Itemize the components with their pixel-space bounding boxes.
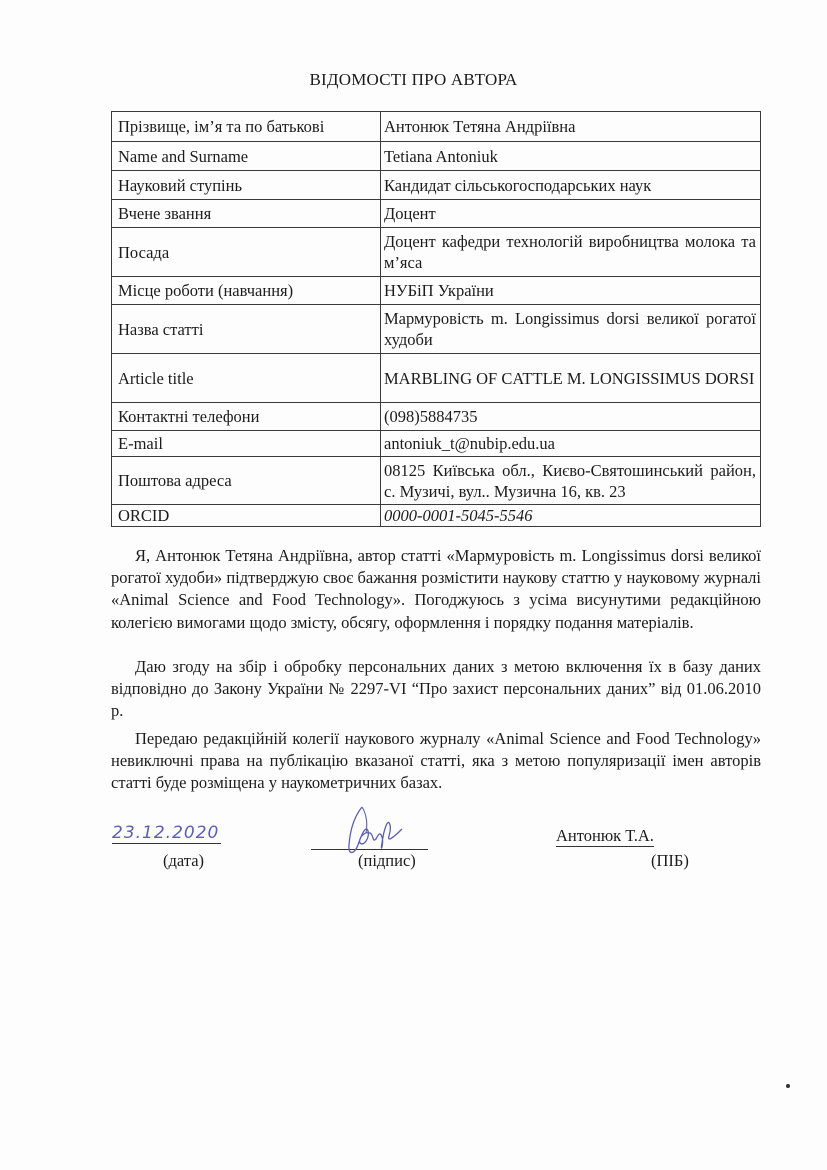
table-row: ORCID0000-0001-5045-5546	[112, 505, 761, 527]
table-row: Місце роботи (навчання)НУБіП України	[112, 277, 761, 305]
field-label: Вчене звання	[112, 200, 381, 228]
author-info-table: Прізвище, ім’я та по батьковіАнтонюк Тет…	[111, 111, 761, 527]
field-label: Місце роботи (навчання)	[112, 277, 381, 305]
field-label: Контактні телефони	[112, 403, 381, 431]
field-value: 08125 Київська обл., Києво-Святошинський…	[381, 457, 761, 505]
name-caption: (ПІБ)	[651, 851, 689, 871]
date-caption: (дата)	[163, 851, 204, 871]
table-row: Науковий ступіньКандидат сільськогоспода…	[112, 171, 761, 200]
table-row: E-mailantoniuk_t@nubip.edu.ua	[112, 431, 761, 457]
date-field: 23.12.2020	[112, 823, 221, 843]
consent-paragraph-1: Я, Антонюк Тетяна Андріївна, автор статт…	[111, 545, 761, 634]
field-value: Кандидат сільськогосподарських наук	[381, 171, 761, 200]
field-label: Назва статті	[112, 305, 381, 354]
handwritten-date: 23.12.2020	[112, 823, 221, 844]
table-row: Прізвище, ім’я та по батьковіАнтонюк Тет…	[112, 112, 761, 142]
field-value: Tetiana Antoniuk	[381, 142, 761, 171]
field-label: Посада	[112, 228, 381, 277]
field-label: Name and Surname	[112, 142, 381, 171]
field-value: Антонюк Тетяна Андріївна	[381, 112, 761, 142]
table-row: Назва статтіМармуровість m. Longissimus …	[112, 305, 761, 354]
consent-paragraph-3: Передаю редакційній колегії наукового жу…	[111, 728, 761, 795]
table-row: Поштова адреса08125 Київська обл., Києво…	[112, 457, 761, 505]
field-value: Доцент	[381, 200, 761, 228]
scan-speck	[786, 1084, 790, 1088]
consent-paragraph-2: Даю згоду на збір і обробку персональних…	[111, 656, 761, 723]
author-name: Антонюк Т.А.	[556, 826, 654, 847]
field-label: ORCID	[112, 505, 381, 527]
field-value: MARBLING OF CATTLE M. LONGISSIMUS DORSI	[381, 354, 761, 403]
field-value: (098)5884735	[381, 403, 761, 431]
field-label: Поштова адреса	[112, 457, 381, 505]
table-row: Article titleMARBLING OF CATTLE M. LONGI…	[112, 354, 761, 403]
field-value: antoniuk_t@nubip.edu.ua	[381, 431, 761, 457]
table-row: ПосадаДоцент кафедри технологій виробниц…	[112, 228, 761, 277]
field-value: 0000-0001-5045-5546	[381, 505, 761, 527]
field-label: Article title	[112, 354, 381, 403]
field-value: Доцент кафедри технологій виробництва мо…	[381, 228, 761, 277]
document-title: ВІДОМОСТІ ПРО АВТОРА	[0, 70, 827, 90]
signature-caption: (підпис)	[358, 851, 416, 871]
field-label: Прізвище, ім’я та по батькові	[112, 112, 381, 142]
table-row: Контактні телефони(098)5884735	[112, 403, 761, 431]
field-value: Мармуровість m. Longissimus dorsi велико…	[381, 305, 761, 354]
field-label: E-mail	[112, 431, 381, 457]
field-label: Науковий ступінь	[112, 171, 381, 200]
table-row: Вчене званняДоцент	[112, 200, 761, 228]
field-value: НУБіП України	[381, 277, 761, 305]
table-row: Name and SurnameTetiana Antoniuk	[112, 142, 761, 171]
